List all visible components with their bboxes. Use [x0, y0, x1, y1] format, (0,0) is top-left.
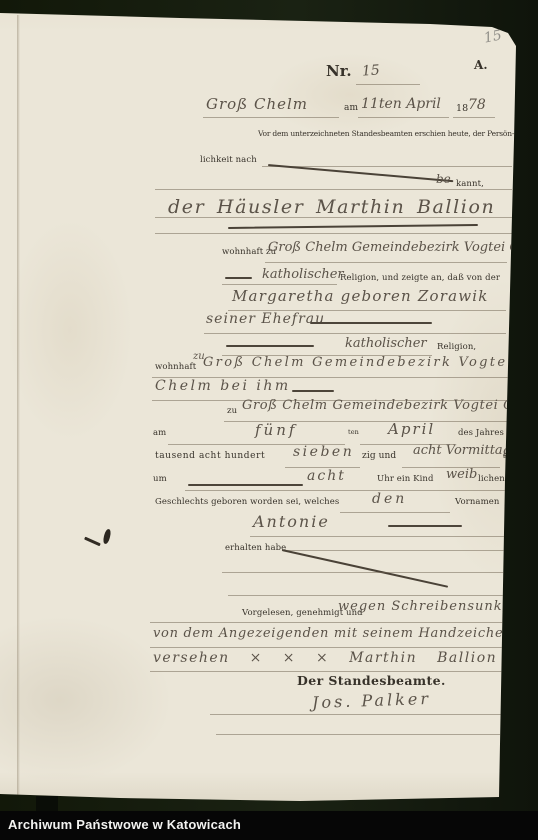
ruled-line — [150, 671, 512, 672]
document-page: 15 A. Nr. 15 Groß Chelm am 11ten April 1… — [0, 0, 524, 804]
ruled-line — [155, 233, 512, 234]
page-crease — [17, 15, 20, 796]
registrar-title: Der Standesbeamte. — [297, 673, 446, 688]
ruled-line — [204, 333, 506, 334]
ruled-line — [216, 734, 508, 735]
sex-suffix-label: lichen — [478, 474, 505, 484]
birth-day-fill: fünf — [255, 421, 297, 439]
corner-letter: A. — [474, 58, 488, 72]
child-name-fill: Antonie — [253, 512, 330, 531]
ruled-line — [203, 117, 339, 118]
born-line-label: Geschlechts geboren worden sei, welches — [155, 497, 339, 507]
ruled-line — [222, 572, 505, 573]
ink-dash — [188, 484, 303, 486]
residence2-value: Groß Chelm Gemeindebezirk Vogtei — [203, 355, 514, 370]
ruled-line — [340, 512, 450, 513]
sex-fill: weib — [446, 467, 477, 482]
binding-shadow — [36, 796, 58, 812]
ruled-line — [155, 189, 512, 190]
mother-relation: seiner Ehefrau — [206, 311, 325, 327]
closing-hand-line-2: von dem Angezeigenden mit seinem Handzei… — [153, 626, 512, 641]
ink-dash — [226, 345, 314, 347]
ruled-line — [250, 536, 506, 537]
registrar-signature: Jos. Palker — [312, 689, 432, 712]
residence2-value-2: Chelm bei ihm — [155, 378, 291, 394]
scan-canvas: 15 A. Nr. 15 Groß Chelm am 11ten April 1… — [0, 0, 538, 840]
hour-um-label: um — [153, 474, 167, 484]
religion2-fill: katholischer — [345, 336, 427, 351]
ruled-line — [228, 595, 508, 596]
closing-hand-line-3: versehen × × × Marthin Ballion — [153, 650, 497, 666]
article-fill: den — [372, 491, 407, 507]
ruled-line — [265, 262, 507, 263]
closing-hand-line-1: wegen Schreibensunkunde — [338, 599, 538, 614]
vornamen-label: Vornamen — [455, 497, 499, 507]
birth-month-fill: April — [388, 420, 435, 438]
ruled-line — [150, 647, 512, 648]
ruled-line — [210, 714, 506, 715]
mother-name: Margaretha geboren Zorawik — [232, 287, 489, 305]
ink-blot — [84, 537, 101, 546]
ruled-line — [356, 84, 420, 85]
ruled-line — [282, 550, 506, 551]
year-prefix-label: tausend acht hundert — [155, 451, 265, 461]
residence1-value: Groß Chelm Gemeindebezirk Vogtei Chelm — [268, 240, 538, 255]
time-label-s: s — [503, 451, 508, 461]
decade-label: zig und — [362, 451, 396, 461]
residence2-label: wohnhaft — [155, 362, 196, 372]
birthplace-label: zu — [227, 406, 237, 416]
decade-fill: sieben — [293, 444, 354, 460]
intro-line-1: Vor dem unterzeichneten Standesbeamten e… — [258, 129, 514, 138]
religion1-fill: katholischer — [262, 267, 344, 282]
religion1-label: Religion, und zeigte an, daß von der — [340, 273, 500, 283]
birth-day-suffix: ten — [348, 428, 359, 436]
ruled-line — [453, 117, 495, 118]
known-label: kannt, — [456, 179, 484, 189]
ruled-line — [222, 284, 337, 285]
known-fill: be — [436, 172, 451, 186]
record-date-value: 11ten April — [361, 96, 441, 112]
ruled-line — [185, 490, 505, 491]
time-fill: acht Vormittag — [413, 443, 511, 458]
ink-dash — [310, 322, 432, 324]
record-number-value: 15 — [361, 62, 380, 79]
child-label: Uhr ein Kind — [377, 474, 434, 484]
ink-stroke — [282, 549, 448, 588]
hour-fill: acht — [307, 468, 346, 484]
record-number-label: Nr. — [326, 62, 352, 80]
ruled-line — [150, 622, 512, 623]
declarant-name: der Häusler Marthin Ballion — [168, 196, 495, 218]
year-printed-prefix: 18 — [456, 103, 468, 114]
ink-stroke — [228, 224, 478, 229]
pencil-folio-number: 15 — [483, 27, 504, 46]
ink-dash — [225, 277, 252, 279]
ruled-line — [358, 117, 449, 118]
religion2-label: Religion, — [437, 342, 476, 352]
ink-blot — [102, 528, 111, 544]
record-place-value: Groß Chelm — [206, 95, 308, 113]
intro-line-2: lichkeit nach — [200, 155, 257, 165]
archive-caption-label: Archiwum Państwowe w Katowicach — [8, 817, 241, 832]
birthplace-value: Groß Chelm Gemeindebezirk Vogtei Chelm — [242, 398, 538, 413]
ruled-line — [155, 217, 512, 218]
received-label: erhalten habe — [225, 543, 286, 553]
year-written-value: 78 — [468, 97, 486, 113]
birth-am-label: am — [153, 428, 166, 438]
date-am-label: am — [344, 103, 358, 113]
ink-dash — [388, 525, 462, 527]
ink-dash — [292, 390, 334, 392]
year-label: des Jahres — [458, 428, 504, 438]
